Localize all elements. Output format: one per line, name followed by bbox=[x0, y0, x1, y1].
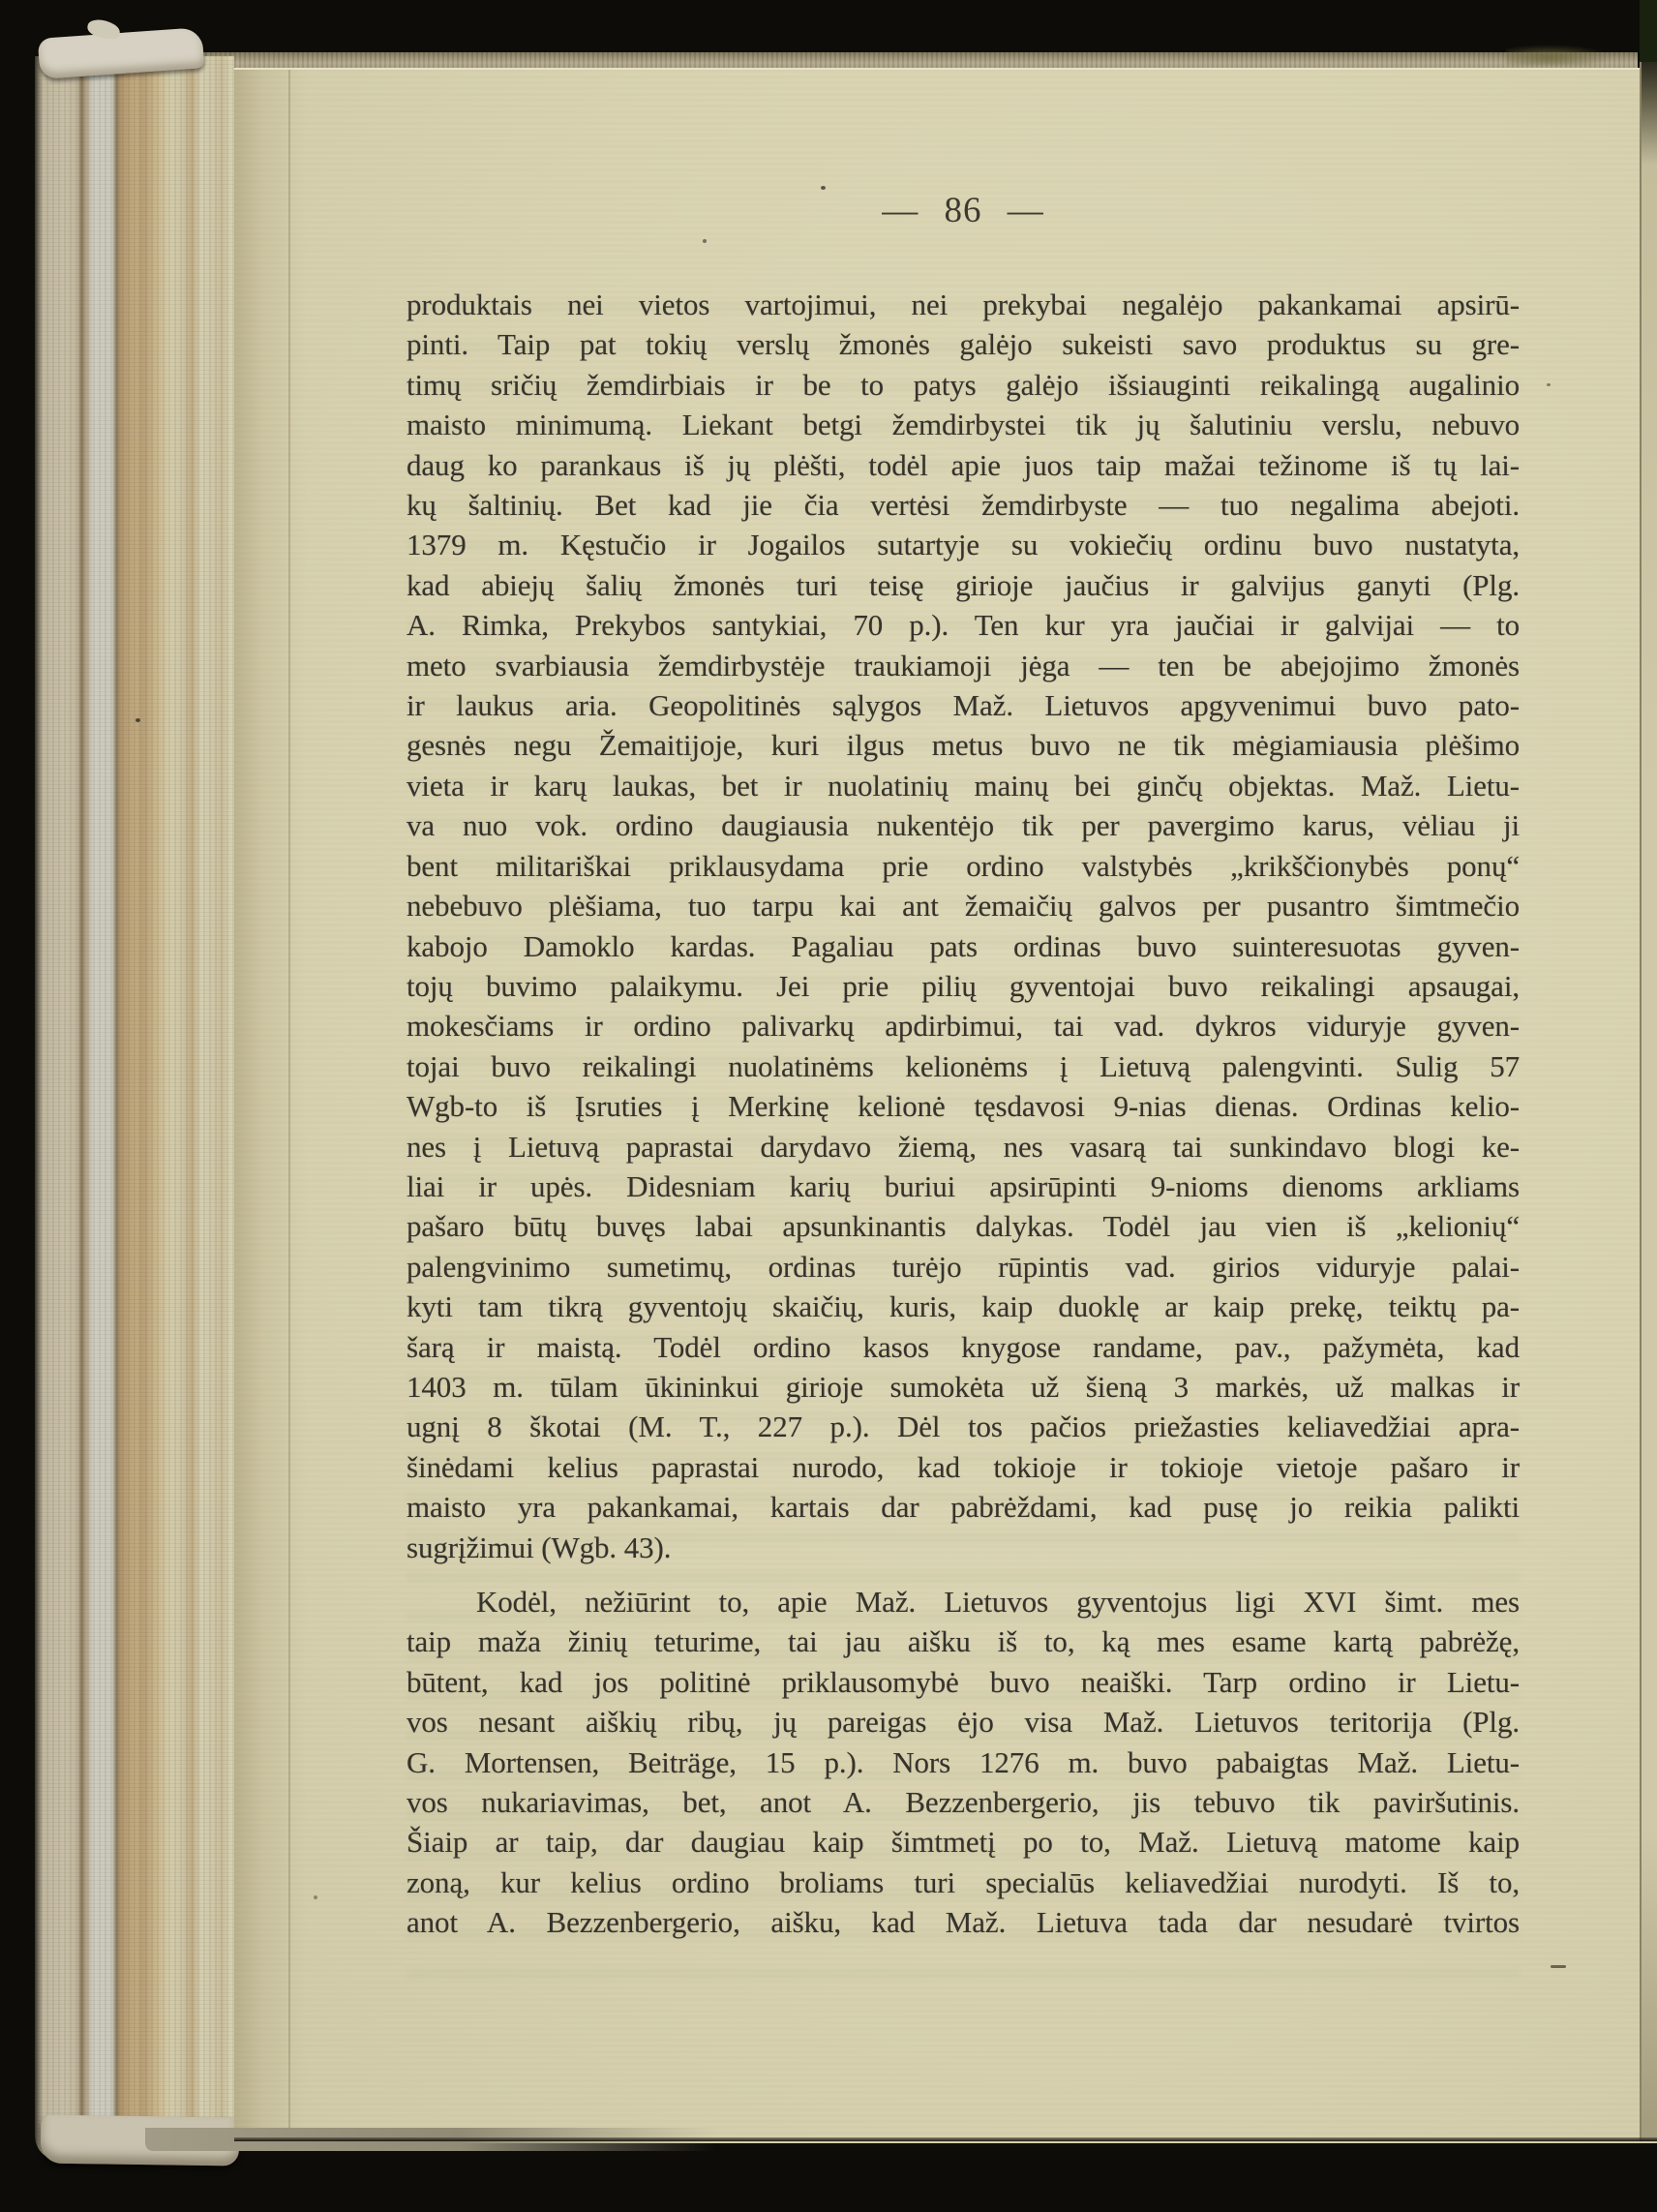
text-line: kabojo Damoklo kardas. Pagaliau pats ord… bbox=[407, 926, 1520, 966]
paragraph: produktais nei vietos vartojimui, nei pr… bbox=[407, 285, 1520, 1567]
text-line: tojų buvimo palaikymu. Jei prie pilių gy… bbox=[407, 966, 1520, 1006]
text-line: meto svarbiausia žemdirbystėje traukiamo… bbox=[407, 646, 1520, 685]
scanned-book-photo: — 86 — produktais nei vietos vartojimui,… bbox=[0, 0, 1657, 2212]
text-line: A. Rimka, Prekybos santykiai, 70 p.). Te… bbox=[407, 605, 1520, 645]
text-line: pinti. Taip pat tokių verslų žmonės galė… bbox=[407, 324, 1520, 364]
text-line: ugnį 8 škotai (M. T., 227 p.). Dėl tos p… bbox=[407, 1407, 1520, 1446]
text-line: produktais nei vietos vartojimui, nei pr… bbox=[407, 285, 1520, 324]
page-number: — 86 — bbox=[407, 190, 1520, 231]
text-line: timų sričių žemdirbiais ir be to patys g… bbox=[407, 365, 1520, 405]
text-line: va nuo vok. ordino daugiausia nukentėjo … bbox=[407, 805, 1520, 845]
text-line: vos nesant aiškių ribų, jų pareigas ėjo … bbox=[407, 1702, 1520, 1742]
text-line: daug ko parankaus iš jų plėšti, todėl ap… bbox=[407, 445, 1520, 485]
text-line: tojai buvo reikalingi nuolatinėms kelion… bbox=[407, 1046, 1520, 1086]
frayed-threads bbox=[1506, 45, 1612, 66]
book-page: — 86 — produktais nei vietos vartojimui,… bbox=[234, 68, 1657, 2143]
text-line: zoną, kur kelius ordino broliams turi sp… bbox=[407, 1863, 1520, 1902]
text-line: gesnės negu Žemaitijoje, kuri ilgus metu… bbox=[407, 725, 1520, 765]
text-line: bent militariškai priklausydama prie ord… bbox=[407, 846, 1520, 886]
text-line: ir laukus aria. Geopolitinės sąlygos Maž… bbox=[407, 685, 1520, 725]
text-line: sugrįžimui (Wgb. 43). bbox=[407, 1528, 1520, 1567]
text-line: nebebuvo plėšiama, tuo tarpu kai ant žem… bbox=[407, 886, 1520, 925]
text-line: 1403 m. tūlam ūkininkui girioje sumokėta… bbox=[407, 1367, 1520, 1407]
text-line: 1379 m. Kęstučio ir Jogailos sutartyje s… bbox=[407, 525, 1520, 564]
text-line: palengvinimo sumetimų, ordinas turėjo rū… bbox=[407, 1247, 1520, 1287]
text-line: kų šaltinių. Bet kad jie čia vertėsi žem… bbox=[407, 485, 1520, 525]
text-line: maisto yra pakankamai, kartais dar pabrė… bbox=[407, 1487, 1520, 1527]
text-line: liai ir upės. Didesniam karių buriui aps… bbox=[407, 1167, 1520, 1206]
text-line: kyti tam tikrą gyventojų skaičių, kuris,… bbox=[407, 1287, 1520, 1326]
book-left-page-stack bbox=[35, 56, 234, 2161]
text-line: anot A. Bezzenbergerio, aišku, kad Maž. … bbox=[407, 1902, 1520, 1942]
text-line: kad abiejų šalių žmonės turi teisę girio… bbox=[407, 565, 1520, 605]
text-line: mokesčiams ir ordino palivarkų apdirbimu… bbox=[407, 1006, 1520, 1045]
text-line: Šiaip ar taip, dar daugiau kaip šimtmetį… bbox=[407, 1822, 1520, 1862]
paper-speck bbox=[314, 1895, 317, 1899]
text-line: taip maža žinių teturime, tai jau aišku … bbox=[407, 1621, 1520, 1661]
text-line: maisto minimumą. Liekant betgi žemdirbys… bbox=[407, 405, 1520, 444]
text-line: šinėdami kelius paprastai nurodo, kad to… bbox=[407, 1447, 1520, 1487]
paper-speck bbox=[1547, 383, 1551, 386]
text-line: Wgb-to iš Įsruties į Merkinę kelionė tęs… bbox=[407, 1086, 1520, 1126]
text-line: vieta ir karų laukas, bet ir nuolatinių … bbox=[407, 766, 1520, 805]
paper-speck bbox=[136, 718, 140, 722]
paper-speck bbox=[703, 239, 707, 243]
fore-edge-dark-cap bbox=[1640, 0, 1657, 62]
text-column: produktais nei vietos vartojimui, nei pr… bbox=[407, 285, 1520, 1943]
text-line: vos nukariavimas, bet, anot A. Bezzenber… bbox=[407, 1782, 1520, 1822]
text-line: G. Mortensen, Beiträge, 15 p.). Nors 127… bbox=[407, 1742, 1520, 1782]
page-bottom-shadow bbox=[234, 2137, 1657, 2141]
text-line: pašaro būtų buvęs labai apsunkinantis da… bbox=[407, 1206, 1520, 1246]
paper-speck bbox=[1551, 1965, 1566, 1968]
text-line: nes į Lietuvą paprastai darydavo žiemą, … bbox=[407, 1127, 1520, 1167]
book-fore-edge bbox=[1640, 58, 1657, 2141]
text-line: Kodėl, nežiūrint to, apie Maž. Lietuvos … bbox=[407, 1582, 1520, 1621]
text-line: būtent, kad jos politinė priklausomybė b… bbox=[407, 1662, 1520, 1702]
paragraph: Kodėl, nežiūrint to, apie Maž. Lietuvos … bbox=[407, 1582, 1520, 1943]
text-line: šarą ir maistą. Todėl ordino kasos knygo… bbox=[407, 1327, 1520, 1367]
paper-speck bbox=[821, 186, 826, 190]
